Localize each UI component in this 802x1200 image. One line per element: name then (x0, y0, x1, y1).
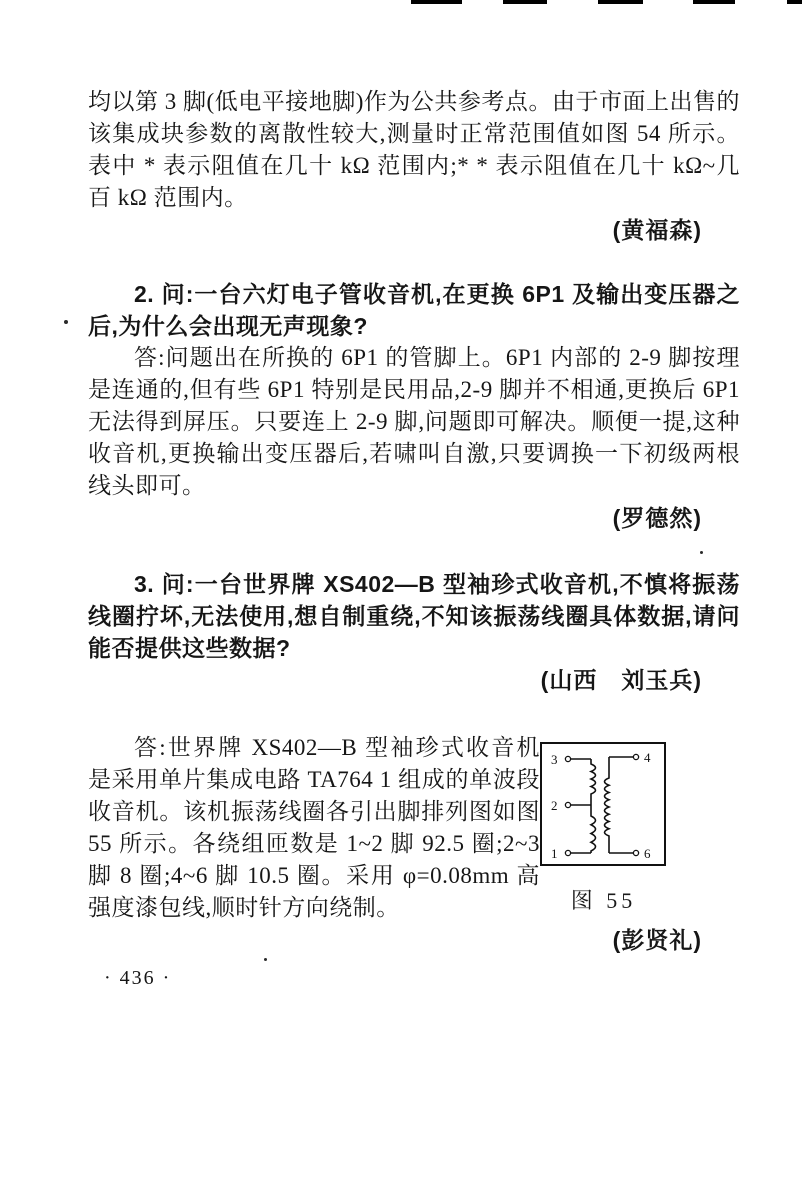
pin-label-6: 6 (644, 846, 651, 861)
page-text-block: 均以第 3 脚(低电平接地脚)作为公共参考点。由于市面上出售的该集成块参数的离散… (88, 86, 740, 990)
answer-3: 答:世界牌 XS402—B 型袖珍式收音机是采用单片集成电路 TA764 1 组… (88, 732, 540, 924)
question-3-asker-signature: (山西 刘玉兵) (88, 664, 740, 696)
question-2: 2. 问:一台六灯电子管收音机,在更换 6P1 及输出变压器之后,为什么会出现无… (88, 278, 740, 342)
pin-label-1: 1 (551, 846, 558, 861)
primary-winding (591, 759, 596, 853)
oscillator-coil-diagram: 3 2 1 (540, 742, 666, 866)
pin-label-3: 3 (551, 752, 558, 767)
scan-artifact-bar (411, 0, 462, 4)
figure-55: 3 2 1 (540, 732, 740, 914)
pin-terminal-4 (633, 754, 638, 759)
scan-artifact-bar (787, 0, 802, 4)
pin-terminal-2 (565, 802, 570, 807)
secondary-winding (605, 757, 610, 853)
answer-2: 答:问题出在所换的 6P1 的管脚上。6P1 内部的 2-9 脚按理是连通的,但… (88, 342, 740, 502)
page-number: · 436 · (88, 966, 740, 990)
intro-paragraph: 均以第 3 脚(低电平接地脚)作为公共参考点。由于市面上出售的该集成块参数的离散… (88, 86, 740, 214)
scan-artifact-bar (598, 0, 643, 4)
pin-label-4: 4 (644, 750, 651, 765)
answer-2-author-signature: (罗德然) (88, 502, 740, 534)
pin-terminal-6 (633, 850, 638, 855)
scan-speck (64, 320, 68, 324)
intro-author-signature: (黄福森) (88, 214, 740, 246)
pin-terminal-1 (565, 850, 570, 855)
answer-3-author-signature: (彭贤礼) (88, 924, 740, 956)
scanned-book-page: { "page": { "number_label": "· 436 ·" },… (0, 0, 802, 1200)
pin-label-2: 2 (551, 798, 558, 813)
pin-terminal-3 (565, 756, 570, 761)
figure-caption: 图 55 (540, 888, 667, 914)
scan-artifact-bar (503, 0, 547, 4)
question-3: 3. 问:一台世界牌 XS402—B 型袖珍式收音机,不慎将振荡线圈拧坏,无法使… (88, 568, 740, 664)
scan-artifact-bar (693, 0, 735, 4)
answer-3-with-figure: 答:世界牌 XS402—B 型袖珍式收音机是采用单片集成电路 TA764 1 组… (88, 732, 740, 924)
coil-schematic-drawing: 3 2 1 (542, 744, 664, 864)
